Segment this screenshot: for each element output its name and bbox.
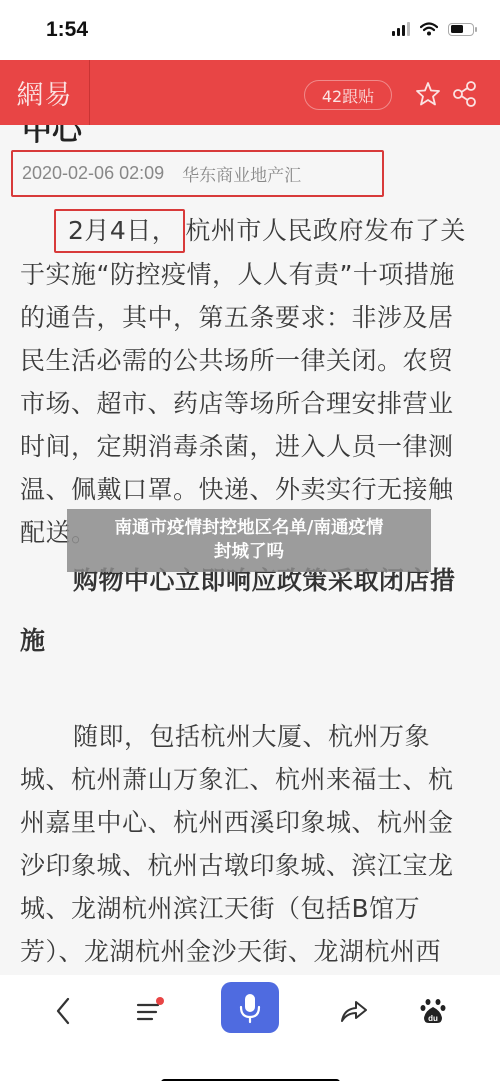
article-heading-fragment: 中心 bbox=[22, 125, 82, 149]
paragraph-line: 于实施“防控疫情，人人有责”十项措施 bbox=[20, 253, 482, 296]
publish-date: 2020-02-06 02:09 bbox=[22, 163, 164, 184]
screen: 1:54 網易 42跟贴 中心 bbox=[0, 0, 500, 1081]
status-bar: 1:54 bbox=[0, 0, 500, 60]
baidu-button[interactable]: du bbox=[411, 989, 455, 1033]
battery-icon bbox=[448, 23, 474, 36]
paragraph-line: 民生活必需的公共场所一律关闭。农贸 bbox=[20, 339, 482, 382]
app-header: 網易 42跟贴 bbox=[0, 60, 500, 125]
heading-line: 施 bbox=[20, 611, 482, 671]
baidu-paw-icon: du bbox=[419, 997, 447, 1025]
paragraph-line: 温、佩戴口罩。快递、外卖实行无接触 bbox=[20, 468, 482, 511]
paragraph-line: 时间，定期消毒杀菌，进入人员一律测 bbox=[20, 425, 482, 468]
star-icon[interactable] bbox=[414, 80, 442, 108]
back-button[interactable] bbox=[41, 989, 85, 1033]
article-meta: 2020-02-06 02:09 华东商业地产汇 bbox=[11, 150, 384, 197]
paragraph-line: 的通告，其中，第五条要求：非涉及居 bbox=[20, 296, 482, 339]
paragraph-line: 市场、超市、药店等场所合理安排营业 bbox=[20, 382, 482, 425]
paragraph-line: 城、龙湖杭州滨江天街（包括B馆万 bbox=[20, 887, 482, 930]
app-logo[interactable]: 網易 bbox=[0, 60, 90, 125]
overlay-title: 南通市疫情封控地区名单/南通疫情 封城了吗 bbox=[67, 509, 431, 572]
paragraph-2: 随即，包括杭州大厦、杭州万象 城、杭州萧山万象汇、杭州来福士、杭 州嘉里中心、杭… bbox=[20, 715, 482, 973]
bottom-nav: du bbox=[0, 975, 500, 1081]
wifi-icon bbox=[420, 22, 438, 36]
status-time: 1:54 bbox=[46, 18, 88, 42]
reply-count-button[interactable]: 42跟贴 bbox=[304, 80, 392, 110]
notification-dot bbox=[156, 997, 164, 1005]
signal-icon bbox=[392, 22, 410, 36]
svg-text:du: du bbox=[428, 1014, 438, 1023]
share-forward-icon bbox=[338, 996, 370, 1026]
overlay-title-line: 南通市疫情封控地区名单/南通疫情 bbox=[67, 516, 431, 540]
menu-button[interactable] bbox=[127, 989, 171, 1033]
paragraph-line: 随即，包括杭州大厦、杭州万象 bbox=[20, 715, 482, 758]
forward-share-button[interactable] bbox=[332, 989, 376, 1033]
share-icon[interactable] bbox=[451, 80, 479, 108]
menu-icon bbox=[134, 996, 164, 1026]
paragraph-line: 州嘉里中心、杭州西溪印象城、杭州金 bbox=[20, 801, 482, 844]
highlighted-date: 2月4日， bbox=[54, 209, 185, 253]
publisher-source[interactable]: 华东商业地产汇 bbox=[182, 161, 301, 186]
status-icons bbox=[392, 22, 474, 36]
voice-search-button[interactable] bbox=[221, 982, 279, 1033]
paragraph-line: 城、杭州萧山万象汇、杭州来福士、杭 bbox=[20, 758, 482, 801]
overlay-title-line: 封城了吗 bbox=[67, 540, 431, 564]
paragraph-line: 沙印象城、杭州古墩印象城、滨江宝龙 bbox=[20, 844, 482, 887]
paragraph-line: 2月4日，杭州市人民政府发布了关 bbox=[20, 209, 482, 253]
paragraph-line: 芳）、龙湖杭州金沙天街、龙湖杭州西 bbox=[20, 930, 482, 973]
mic-icon bbox=[237, 991, 263, 1025]
back-icon bbox=[53, 996, 73, 1026]
paragraph-1: 2月4日，杭州市人民政府发布了关 于实施“防控疫情，人人有责”十项措施 的通告，… bbox=[20, 209, 482, 554]
